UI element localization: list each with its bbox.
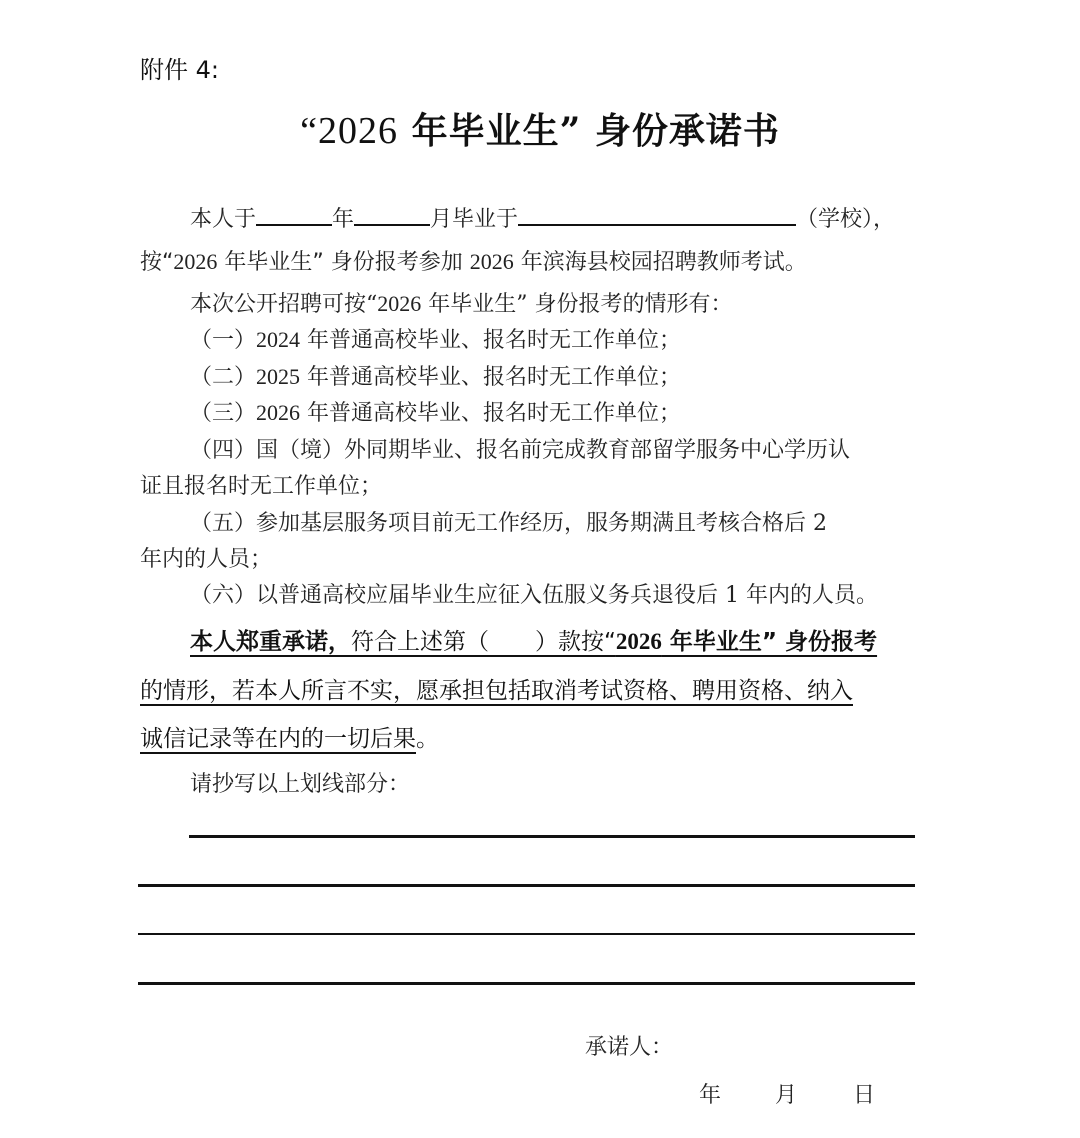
condition-item-4: （四）国（境）外同期毕业、报名前完成教育部留学服务中心学历认 (190, 433, 850, 464)
year-text: 2025 (256, 364, 300, 389)
pledge-bold-lead: 本人郑重承诺， (190, 629, 351, 655)
year-text: 2026 (616, 629, 662, 654)
date-day-label: 日 (853, 1078, 875, 1109)
condition-prefix: （一） (190, 328, 256, 353)
intro-text: 年 (332, 207, 354, 232)
school-blank-field[interactable] (518, 202, 796, 226)
copy-writing-line-3[interactable] (138, 933, 915, 935)
year-text: 2026 (470, 249, 514, 274)
intro-text: 按“ (140, 250, 173, 275)
condition-text: 年内的人员； (140, 547, 272, 572)
pledge-text: 的情形，若本人所言不实，愿承担包括取消考试资格、聘用资格、纳入 (140, 678, 853, 704)
intro-text: 本人于 (190, 207, 256, 232)
page-title: “2026 年毕业生” 身份承诺书 (0, 103, 1080, 154)
month-blank-field[interactable] (354, 202, 430, 226)
pledge-period: 。 (416, 726, 439, 752)
condition-prefix: （六） (190, 583, 256, 608)
condition-item-5-cont: 年内的人员； (140, 542, 272, 573)
condition-item-6: （六）以普通高校应届毕业生应征入伍服义务兵退役后 1 年内的人员。 (190, 578, 878, 609)
intro-text: 本次公开招聘可按“ (190, 292, 377, 317)
copy-instruction: 请抄写以上划线部分： (190, 767, 410, 798)
condition-item-1: （一）2024 年普通高校毕业、报名时无工作单位； (190, 323, 681, 354)
pledge-line-1: 本人郑重承诺，符合上述第（ ）款按“2026 年毕业生” 身份报考 (190, 623, 877, 656)
pledge-line-3: 诚信记录等在内的一切后果。 (140, 720, 439, 753)
pledge-text: 符合上述第（ ）款按“ (351, 629, 616, 655)
intro-line-1: 本人于年月毕业于（学校）， (190, 202, 895, 233)
condition-prefix: （五） (190, 511, 256, 536)
title-text-b: 身份承诺书 (581, 110, 780, 152)
year-text: 2026 (256, 400, 300, 425)
intro-text: 年毕业生” 身份报考的情形有： (421, 292, 732, 317)
copy-writing-line-1[interactable] (189, 835, 915, 838)
title-text-a: 年毕业生” (398, 110, 581, 152)
condition-text: 参加基层服务项目前无工作经历，服务期满且考核合格后 2 (256, 511, 827, 536)
conditions-intro: 本次公开招聘可按“2026 年毕业生” 身份报考的情形有： (190, 287, 732, 318)
title-year: 2026 (318, 110, 398, 152)
pledge-line-2: 的情形，若本人所言不实，愿承担包括取消考试资格、聘用资格、纳入 (140, 672, 853, 705)
pledge-text: 年毕业生” 身份报考 (662, 629, 877, 655)
year-text: 2026 (173, 249, 217, 274)
year-text: 2024 (256, 327, 300, 352)
condition-prefix: （四） (190, 438, 256, 463)
year-blank-field[interactable] (256, 202, 332, 226)
condition-text: 证且报名时无工作单位； (140, 474, 382, 499)
condition-text: 以普通高校应届毕业生应征入伍服义务兵退役后 1 年内的人员。 (256, 583, 878, 608)
condition-text: 年普通高校毕业、报名时无工作单位； (300, 328, 681, 353)
condition-item-2: （二）2025 年普通高校毕业、报名时无工作单位； (190, 360, 681, 391)
intro-text: 年滨海县校园招聘教师考试。 (514, 250, 807, 275)
condition-prefix: （二） (190, 365, 256, 390)
condition-item-4-cont: 证且报名时无工作单位； (140, 469, 382, 500)
title-open-quote: “ (300, 110, 318, 152)
date-year-label: 年 (699, 1078, 721, 1109)
date-month-label: 月 (775, 1078, 797, 1109)
pledge-text: 诚信记录等在内的一切后果 (140, 726, 416, 752)
condition-item-5: （五）参加基层服务项目前无工作经历，服务期满且考核合格后 2 (190, 506, 827, 537)
condition-prefix: （三） (190, 401, 256, 426)
condition-text: 年普通高校毕业、报名时无工作单位； (300, 401, 681, 426)
intro-text: 月毕业于 (430, 207, 518, 232)
intro-text: 年毕业生” 身份报考参加 (217, 250, 469, 275)
condition-text: 国（境）外同期毕业、报名前完成教育部留学服务中心学历认 (256, 438, 850, 463)
year-text: 2026 (377, 291, 421, 316)
copy-writing-line-2[interactable] (138, 884, 915, 887)
attachment-label: 附件 4: (140, 50, 219, 85)
condition-item-3: （三）2026 年普通高校毕业、报名时无工作单位； (190, 396, 681, 427)
condition-text: 年普通高校毕业、报名时无工作单位； (300, 365, 681, 390)
signatory-label: 承诺人： (585, 1030, 673, 1061)
intro-line-2: 按“2026 年毕业生” 身份报考参加 2026 年滨海县校园招聘教师考试。 (140, 245, 807, 276)
copy-writing-line-4[interactable] (138, 982, 915, 985)
intro-text: （学校）， (796, 207, 895, 232)
